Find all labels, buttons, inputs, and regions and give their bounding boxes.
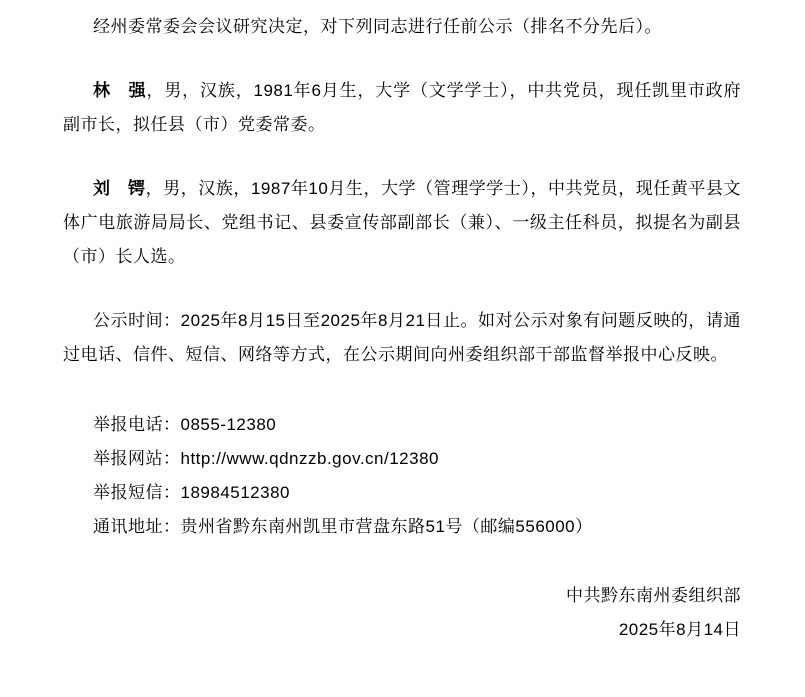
contact-label: 举报网站： [93, 449, 181, 468]
report-sms-number: 18984512380 [181, 483, 291, 502]
candidate-name: 刘 锷 [93, 179, 146, 198]
candidate-details: ，男，汉族，1981年6月生，大学（文学学士），中共党员，现任凯里市政府副市长，… [63, 81, 741, 134]
signature-block: 中共黔东南州委组织部 2025年8月14日 [63, 579, 741, 647]
contact-label: 举报短信： [93, 483, 181, 502]
contact-line-phone: 举报电话：0855-12380 [63, 408, 741, 442]
candidate-name: 林 强 [93, 81, 147, 100]
contact-line-sms: 举报短信：18984512380 [63, 476, 741, 510]
candidate-paragraph-lin-qiang: 林 强，男，汉族，1981年6月生，大学（文学学士），中共党员，现任凯里市政府副… [63, 74, 741, 142]
contact-label: 通讯地址： [93, 517, 181, 536]
contact-label: 举报电话： [93, 415, 181, 434]
notice-paragraph: 公示时间：2025年8月15日至2025年8月21日止。如对公示对象有问题反映的… [63, 304, 741, 372]
announcement-document: 经州委常委会会议研究决定，对下列同志进行任前公示（排名不分先后）。 林 强，男，… [0, 0, 805, 697]
issuing-organization: 中共黔东南州委组织部 [63, 579, 741, 613]
contact-line-address: 通讯地址：贵州省黔东南州凯里市营盘东路51号（邮编556000） [63, 510, 741, 544]
candidate-details: ，男，汉族，1987年10月生，大学（管理学学士），中共党员，现任黄平县文体广电… [63, 179, 741, 266]
contact-block: 举报电话：0855-12380 举报网站：http://www.qdnzzb.g… [63, 408, 741, 544]
report-phone-number: 0855-12380 [181, 415, 277, 434]
candidate-paragraph-liu-e: 刘 锷，男，汉族，1987年10月生，大学（管理学学士），中共党员，现任黄平县文… [63, 172, 741, 274]
report-website-url: http://www.qdnzzb.gov.cn/12380 [181, 449, 440, 468]
mailing-address: 贵州省黔东南州凯里市营盘东路51号（邮编556000） [181, 517, 593, 536]
contact-line-website: 举报网站：http://www.qdnzzb.gov.cn/12380 [63, 442, 741, 476]
issue-date: 2025年8月14日 [63, 613, 741, 647]
intro-paragraph: 经州委常委会会议研究决定，对下列同志进行任前公示（排名不分先后）。 [63, 10, 741, 44]
